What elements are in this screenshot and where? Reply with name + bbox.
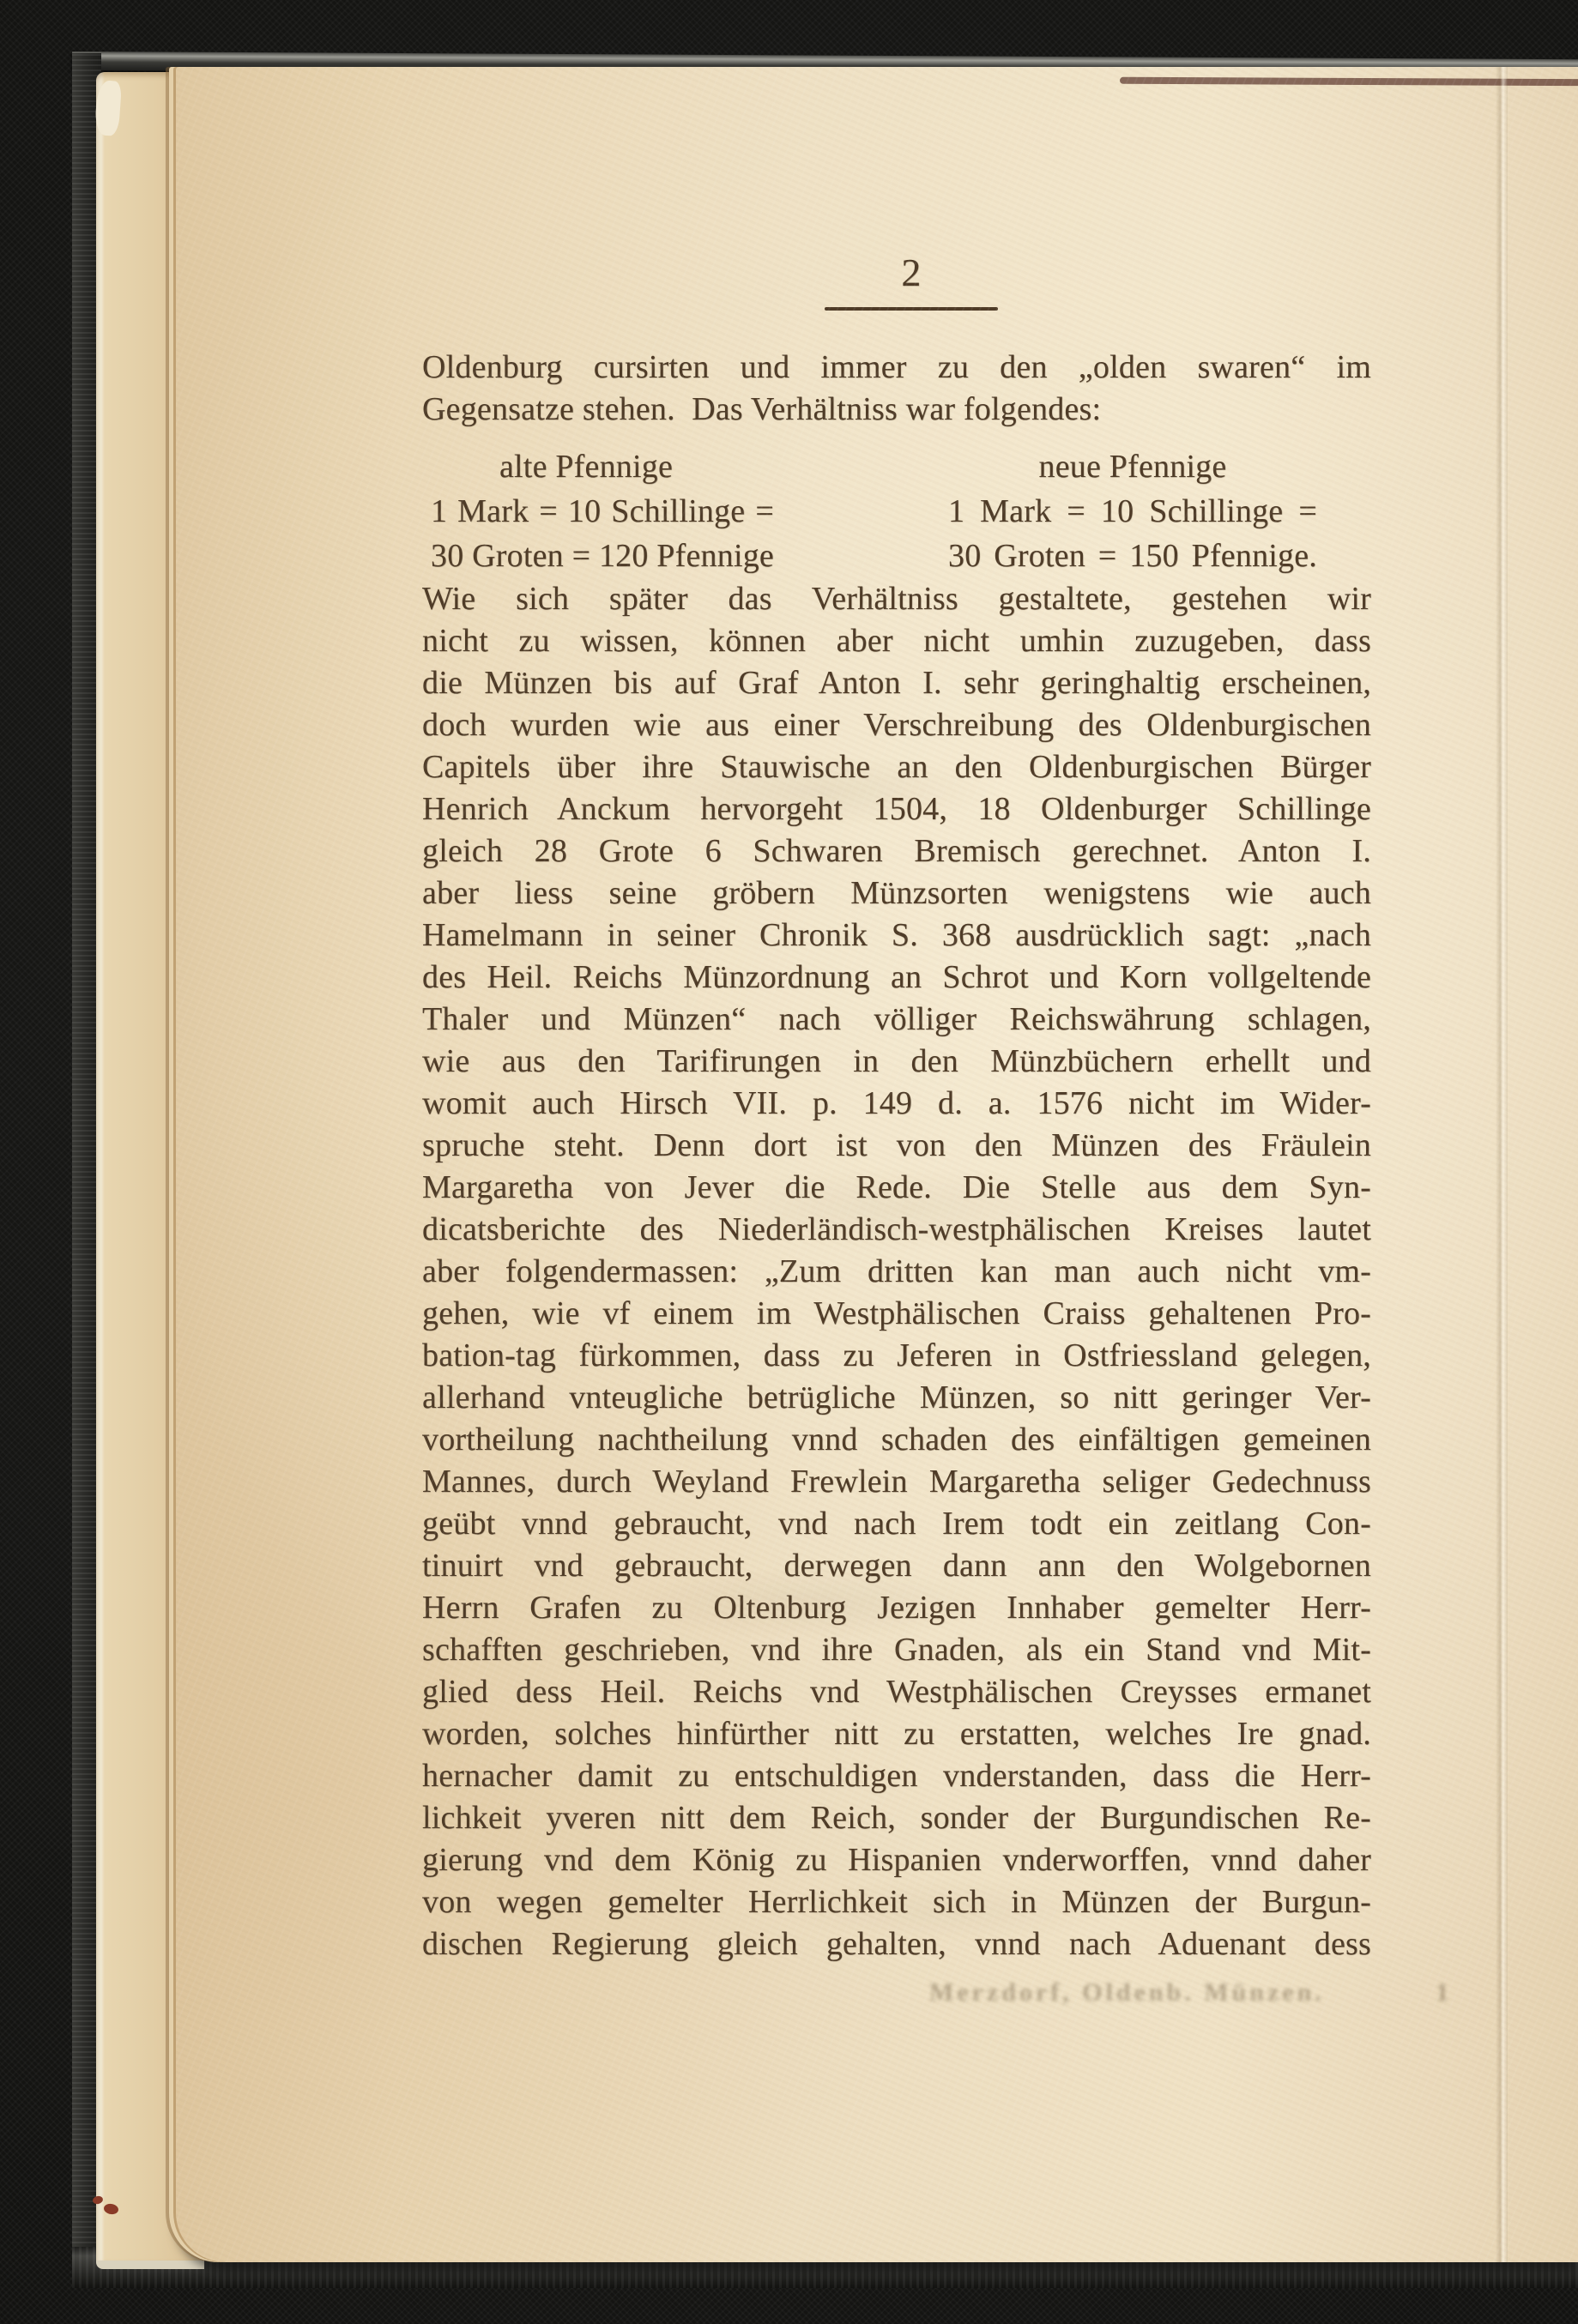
page-number-rule xyxy=(825,307,998,311)
table-row: 1 Mark = 10 Schillinge = 1 Mark = 10 Sch… xyxy=(422,489,1371,534)
text-line: wie aus den Tarifirungen in den Münzbüch… xyxy=(422,1041,1371,1083)
text-line: hernacher damit zu entschuldigen vnderst… xyxy=(422,1755,1371,1797)
text-line: Gegensatze stehen. Das Verhältniss war f… xyxy=(422,389,1371,431)
text-line: aber liess seine gröbern Münzsorten weni… xyxy=(422,872,1371,915)
text-line: des Heil. Reichs Münzordnung an Schrot u… xyxy=(422,957,1371,999)
text-line: vortheilung nachtheilung vnnd schaden de… xyxy=(422,1419,1371,1461)
table-header-row: alte Pfennige neue Pfennige xyxy=(422,444,1371,489)
text-line: spruche steht. Denn dort ist von den Mün… xyxy=(422,1125,1371,1167)
text-line: allerhand vnteugliche betrügliche Münzen… xyxy=(422,1377,1371,1419)
text-line: Oldenburg cursirten und immer zu den „ol… xyxy=(422,347,1371,389)
paragraph-intro: Oldenburg cursirten und immer zu den „ol… xyxy=(422,347,1371,431)
currency-table: alte Pfennige neue Pfennige 1 Mark = 10 … xyxy=(422,444,1371,578)
text-line: tinuirt vnd gebraucht, derwegen dann ann… xyxy=(422,1545,1371,1587)
table-header-new-pfennige: neue Pfennige xyxy=(948,444,1317,489)
page-number: 2 xyxy=(422,253,1371,293)
text-line: Thaler und Münzen“ nach völliger Reichsw… xyxy=(422,999,1371,1041)
text-line: von wegen gemelter Herrlichkeit sich in … xyxy=(422,1881,1371,1923)
table-cell: 30 Groten = 150 Pfennige. xyxy=(948,534,1317,578)
text-line: Henrich Anckum hervorgeht 1504, 18 Olden… xyxy=(422,788,1371,830)
text-line: bation-tag fürkommen, dass zu Jeferen in… xyxy=(422,1335,1371,1377)
table-row: 30 Groten = 120 Pfennige 30 Groten = 150… xyxy=(422,534,1371,578)
text-line: nicht zu wissen, können aber nicht umhin… xyxy=(422,620,1371,662)
text-line: dicatsberichte des Niederländisch-westph… xyxy=(422,1209,1371,1251)
cover-inner-edge xyxy=(1120,77,1578,86)
text-line: geübt vnnd gebraucht, vnd nach Irem todt… xyxy=(422,1503,1371,1545)
page-crease xyxy=(1496,67,1508,2262)
text-line: Margaretha von Jever die Rede. Die Stell… xyxy=(422,1167,1371,1209)
table-cell: 1 Mark = 10 Schillinge = xyxy=(431,489,774,534)
bleedthrough-text: Merzdorf, Oldenb. Münzen. xyxy=(929,1978,1325,2007)
paragraph-main: Wie sich später das Verhältniss gestalte… xyxy=(422,578,1371,1965)
book-scan: 2 Oldenburg cursirten und immer zu den „… xyxy=(0,0,1578,2324)
text-line: womit auch Hirsch VII. p. 149 d. a. 1576… xyxy=(422,1083,1371,1125)
book-page: 2 Oldenburg cursirten und immer zu den „… xyxy=(176,67,1578,2262)
text-line: Wie sich später das Verhältniss gestalte… xyxy=(422,578,1371,620)
text-line: dischen Regierung gleich gehalten, vnnd … xyxy=(422,1923,1371,1965)
table-cell: 1 Mark = 10 Schillinge = xyxy=(948,489,1317,534)
bleedthrough-footer: Merzdorf, Oldenb. Münzen. 1 xyxy=(929,1978,1410,2007)
text-line: schafften geschrieben, vnd ihre Gnaden, … xyxy=(422,1629,1371,1671)
text-line: lichkeit yveren nitt dem Reich, sonder d… xyxy=(422,1797,1371,1839)
text-line: gehen, wie vf einem im Westphälischen Cr… xyxy=(422,1293,1371,1335)
bleedthrough-mark: 1 xyxy=(1436,1978,1452,2007)
table-header-old-pfennige: alte Pfennige xyxy=(431,444,774,489)
text-line: Hamelmann in seiner Chronik S. 368 ausdr… xyxy=(422,915,1371,957)
text-line: Capitels über ihre Stauwische an den Old… xyxy=(422,746,1371,788)
text-line: die Münzen bis auf Graf Anton I. sehr ge… xyxy=(422,662,1371,704)
text-line: Herrn Grafen zu Oltenburg Jezigen Innhab… xyxy=(422,1587,1371,1629)
table-cell: 30 Groten = 120 Pfennige xyxy=(431,534,774,578)
text-line: Mannes, durch Weyland Frewlein Margareth… xyxy=(422,1461,1371,1503)
text-line: doch wurden wie aus einer Verschreibung … xyxy=(422,704,1371,746)
text-line: aber folgendermassen: „Zum dritten kan m… xyxy=(422,1251,1371,1293)
text-block: 2 Oldenburg cursirten und immer zu den „… xyxy=(422,253,1371,1965)
text-line: worden, solches hinfürther nitt zu ersta… xyxy=(422,1713,1371,1755)
text-line: gierung vnd dem König zu Hispanien vnder… xyxy=(422,1839,1371,1881)
text-line: gleich 28 Grote 6 Schwaren Bremisch gere… xyxy=(422,830,1371,872)
text-line: glied dess Heil. Reichs vnd Westphälisch… xyxy=(422,1671,1371,1713)
